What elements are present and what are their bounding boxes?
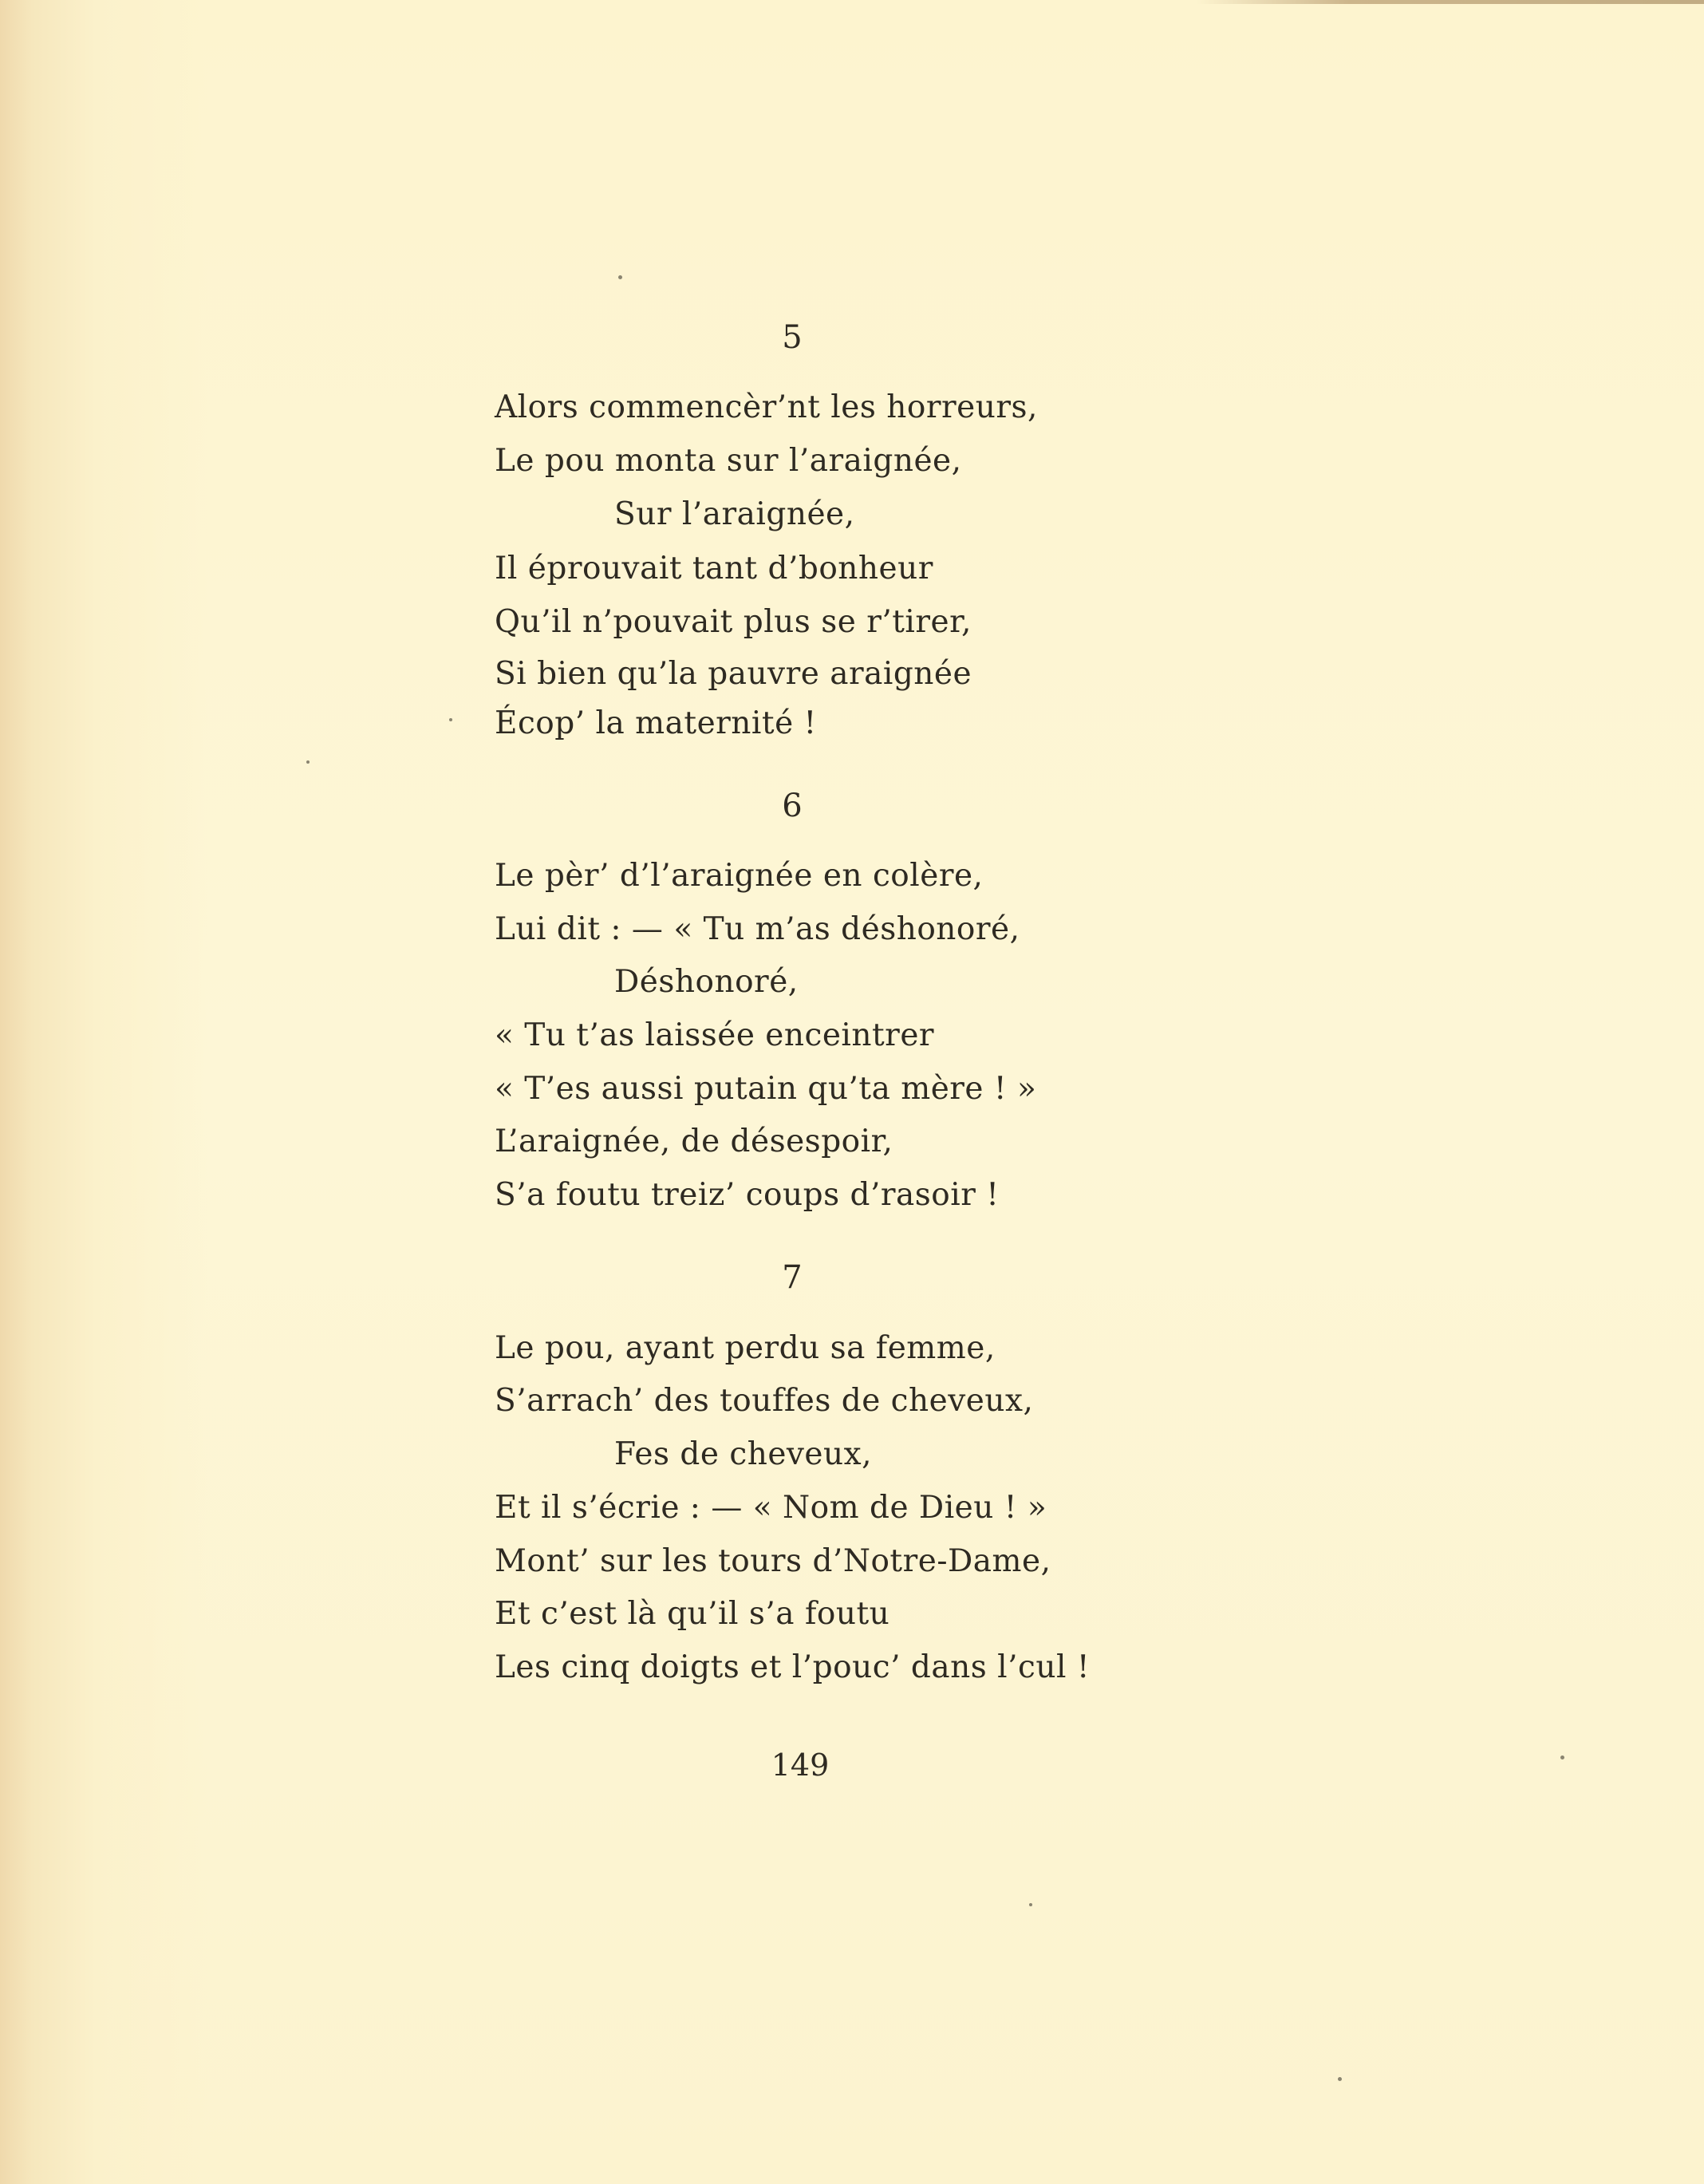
page-number: 149 (0, 1748, 1652, 1783)
paper-speck (1029, 1903, 1032, 1906)
verse-line: Si bien qu’la pauvre araignée (495, 656, 972, 692)
verse-line: Mont’ sur les tours d’Notre-Dame, (495, 1543, 1051, 1579)
verse-line-indented: Fes de cheveux, (614, 1436, 872, 1472)
verse-line: S’a foutu treiz’ coups d’rasoir ! (495, 1177, 999, 1213)
verse-line: Alors commencèr’nt les horreurs, (495, 389, 1038, 425)
verse-line: Lui dit : — « Tu m’as déshonoré, (495, 911, 1020, 947)
paper-speck (618, 275, 622, 279)
stanza-number: 5 (0, 319, 1644, 356)
paper-speck (306, 760, 310, 764)
verse-line: S’arrach’ des touffes de cheveux, (495, 1383, 1033, 1419)
verse-line: Les cinq doigts et l’pouc’ dans l’cul ! (495, 1649, 1090, 1685)
stanza-number: 6 (0, 788, 1644, 824)
scanned-page: 5 Alors commencèr’nt les horreurs, Le po… (0, 0, 1704, 2184)
verse-line: Le pèr’ d’l’araignée en colère, (495, 858, 983, 894)
verse-line: L’araignée, de désespoir, (495, 1124, 893, 1159)
verse-line: « Tu t’as laissée enceintrer (495, 1017, 934, 1053)
verse-line-indented: Sur l’araignée, (614, 496, 855, 532)
verse-line-indented: Déshonoré, (614, 964, 799, 1000)
page-top-edge (1197, 0, 1704, 4)
verse-line: Qu’il n’pouvait plus se r’tirer, (495, 604, 972, 640)
verse-line: Écop’ la maternité ! (495, 705, 817, 741)
verse-line: Le pou, ayant perdu sa femme, (495, 1330, 996, 1366)
verse-line: « T’es aussi putain qu’ta mère ! » (495, 1071, 1036, 1107)
verse-line: Il éprouvait tant d’bonheur (495, 551, 933, 586)
paper-speck (449, 718, 452, 721)
verse-line: Le pou monta sur l’araignée, (495, 443, 962, 479)
stanza-number: 7 (0, 1259, 1644, 1296)
verse-line: Et c’est là qu’il s’a foutu (495, 1596, 889, 1632)
paper-speck (1338, 2077, 1342, 2081)
verse-line: Et il s’écrie : — « Nom de Dieu ! » (495, 1490, 1047, 1526)
